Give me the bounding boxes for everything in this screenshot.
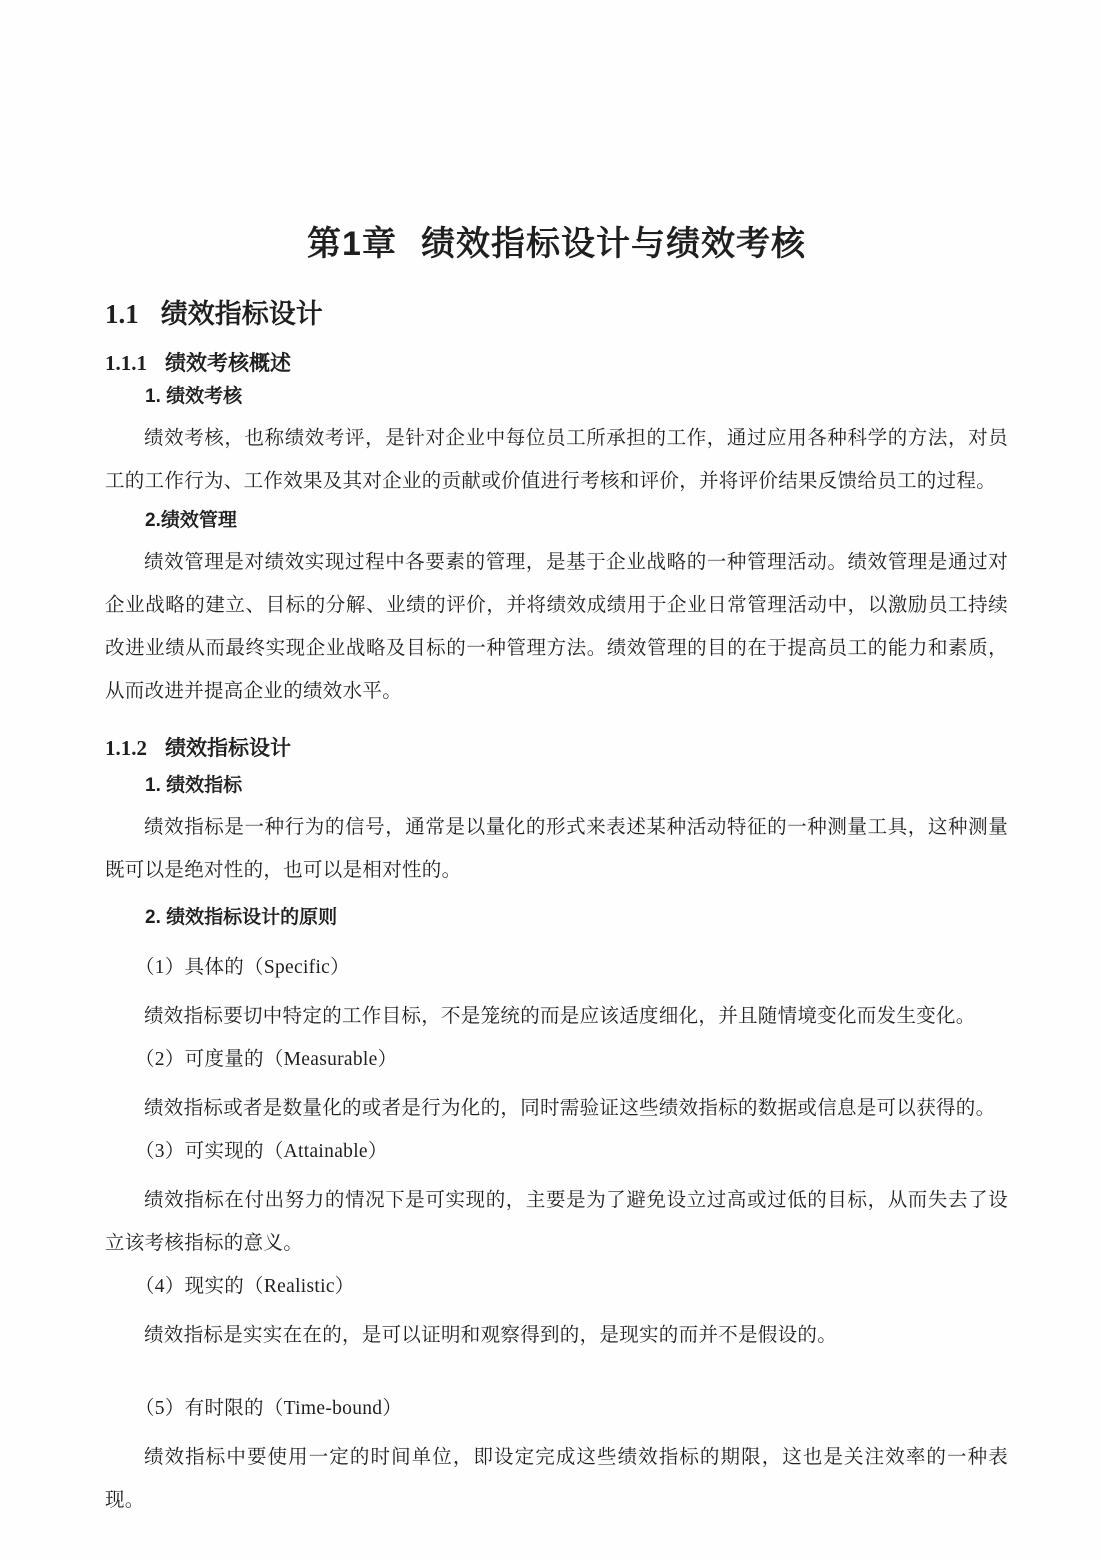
subsection-heading-1-1-2: 1.1.2绩效指标设计 [105, 733, 1008, 764]
chapter-number: 第1章 [307, 225, 397, 263]
paragraph: 绩效指标在付出努力的情况下是可实现的，主要是为了避免设立过高或过低的目标，从而失… [105, 1179, 1008, 1265]
chapter-title-text: 绩效指标设计与绩效考核 [421, 225, 806, 263]
principle-item: （2）可度量的（Measurable） [105, 1038, 1008, 1081]
paragraph: 绩效指标或者是数量化的或者是行为化的，同时需验证这些绩效指标的数据或信息是可以获… [105, 1087, 1008, 1130]
principle-item: （5）有时限的（Time-bound） [105, 1387, 1008, 1430]
principle-item: （4）现实的（Realistic） [105, 1265, 1008, 1308]
section-title-text: 绩效指标设计 [161, 299, 323, 329]
paragraph: 绩效管理是对绩效实现过程中各要素的管理，是基于企业战略的一种管理活动。绩效管理是… [105, 541, 1008, 713]
subsection-title-text: 绩效考核概述 [165, 352, 291, 375]
paragraph: 绩效指标是一种行为的信号，通常是以量化的形式来表述某种活动特征的一种测量工具，这… [105, 806, 1008, 892]
paragraph: 绩效指标中要使用一定的时间单位，即设定完成这些绩效指标的期限，这也是关注效率的一… [105, 1436, 1008, 1522]
subsection-title-text: 绩效指标设计 [165, 737, 291, 760]
subsection-number: 1.1.2 [105, 736, 147, 760]
point-heading: 2.绩效管理 [105, 507, 1008, 535]
section-number: 1.1 [105, 299, 139, 329]
paragraph: 绩效指标是实实在在的，是可以证明和观察得到的，是现实的而并不是假设的。 [105, 1314, 1008, 1357]
document-page: 第1章绩效指标设计与绩效考核 1.1绩效指标设计 1.1.1绩效考核概述 1. … [0, 0, 1102, 1559]
chapter-title: 第1章绩效指标设计与绩效考核 [105, 222, 1008, 266]
point-heading: 1. 绩效考核 [105, 383, 1008, 411]
principle-item: （1）具体的（Specific） [105, 946, 1008, 989]
subsection-number: 1.1.1 [105, 351, 147, 375]
subsection-heading-1-1-1: 1.1.1绩效考核概述 [105, 348, 1008, 379]
paragraph: 绩效考核，也称绩效考评，是针对企业中每位员工所承担的工作，通过应用各种科学的方法… [105, 417, 1008, 503]
paragraph: 绩效指标要切中特定的工作目标，不是笼统的而是应该适度细化，并且随情境变化而发生变… [105, 995, 1008, 1038]
section-heading-1-1: 1.1绩效指标设计 [105, 296, 1008, 332]
principle-item: （3）可实现的（Attainable） [105, 1130, 1008, 1173]
point-heading: 2. 绩效指标设计的原则 [105, 904, 1008, 932]
point-heading: 1. 绩效指标 [105, 772, 1008, 800]
blank-line-spacer [105, 1357, 1008, 1387]
